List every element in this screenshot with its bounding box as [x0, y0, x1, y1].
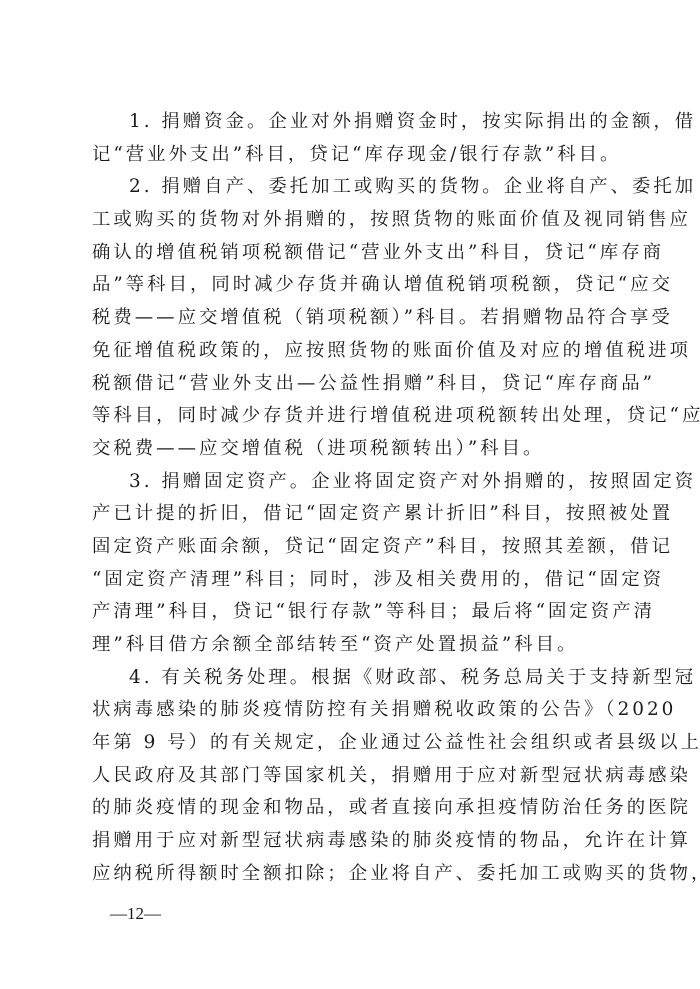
paragraph-2-line-4: 品”等科目，同时减少存货并确认增值税销项税额，贷记“应交 [92, 269, 608, 302]
paragraph-2-line-8: 等科目，同时减少存货并进行增值税进项税额转出处理，贷记“应 [92, 400, 608, 433]
paragraph-3-line-6: 理”科目借方余额全部结转至“资产处置损益”科目。 [92, 629, 608, 662]
document-page: 1. 捐赠资金。企业对外捐赠资金时，按实际捐出的金额，借 记“营业外支出”科目，… [0, 0, 700, 989]
paragraph-4-line-2: 状病毒感染的肺炎疫情防控有关捐赠税收政策的公告》（2020 [92, 694, 608, 727]
paragraph-2-line-1: 2. 捐赠自产、委托加工或购买的货物。企业将自产、委托加 [92, 171, 608, 204]
paragraph-2-line-2: 工或购买的货物对外捐赠的，按照货物的账面价值及视同销售应 [92, 204, 608, 237]
page-number: —12— [110, 904, 161, 924]
paragraph-4-line-3: 年第 9 号）的有关规定，企业通过公益性社会组织或者县级以上 [92, 727, 608, 760]
paragraph-4-line-1: 4. 有关税务处理。根据《财政部、税务总局关于支持新型冠 [92, 662, 608, 695]
body-text: 1. 捐赠资金。企业对外捐赠资金时，按实际捐出的金额，借 记“营业外支出”科目，… [92, 106, 608, 891]
paragraph-2-line-3: 确认的增值税销项税额借记“营业外支出”科目，贷记“库存商 [92, 237, 608, 270]
paragraph-1-line-1: 1. 捐赠资金。企业对外捐赠资金时，按实际捐出的金额，借 [92, 106, 608, 139]
paragraph-2-line-9: 交税费——应交增值税（进项税额转出）”科目。 [92, 433, 608, 466]
paragraph-4-line-5: 的肺炎疫情的现金和物品，或者直接向承担疫情防治任务的医院 [92, 792, 608, 825]
paragraph-2-line-5: 税费——应交增值税（销项税额）”科目。若捐赠物品符合享受 [92, 302, 608, 335]
paragraph-2-line-6: 免征增值税政策的，应按照货物的账面价值及对应的增值税进项 [92, 335, 608, 368]
paragraph-4-line-7: 应纳税所得额时全额扣除；企业将自产、委托加工或购买的货物， [92, 858, 608, 891]
paragraph-2-line-7: 税额借记“营业外支出—公益性捐赠”科目，贷记“库存商品” [92, 368, 608, 401]
paragraph-3-line-4: “固定资产清理”科目；同时，涉及相关费用的，借记“固定资 [92, 564, 608, 597]
paragraph-4-line-4: 人民政府及其部门等国家机关，捐赠用于应对新型冠状病毒感染 [92, 760, 608, 793]
paragraph-3-line-5: 产清理”科目，贷记“银行存款”等科目；最后将“固定资产清 [92, 596, 608, 629]
paragraph-1-line-2: 记“营业外支出”科目，贷记“库存现金/银行存款”科目。 [92, 139, 608, 172]
paragraph-3-line-3: 固定资产账面余额，贷记“固定资产”科目，按照其差额，借记 [92, 531, 608, 564]
paragraph-3-line-2: 产已计提的折旧，借记“固定资产累计折旧”科目，按照被处置 [92, 498, 608, 531]
paragraph-3-line-1: 3. 捐赠固定资产。企业将固定资产对外捐赠的，按照固定资 [92, 466, 608, 499]
paragraph-4-line-6: 捐赠用于应对新型冠状病毒感染的肺炎疫情的物品，允许在计算 [92, 825, 608, 858]
